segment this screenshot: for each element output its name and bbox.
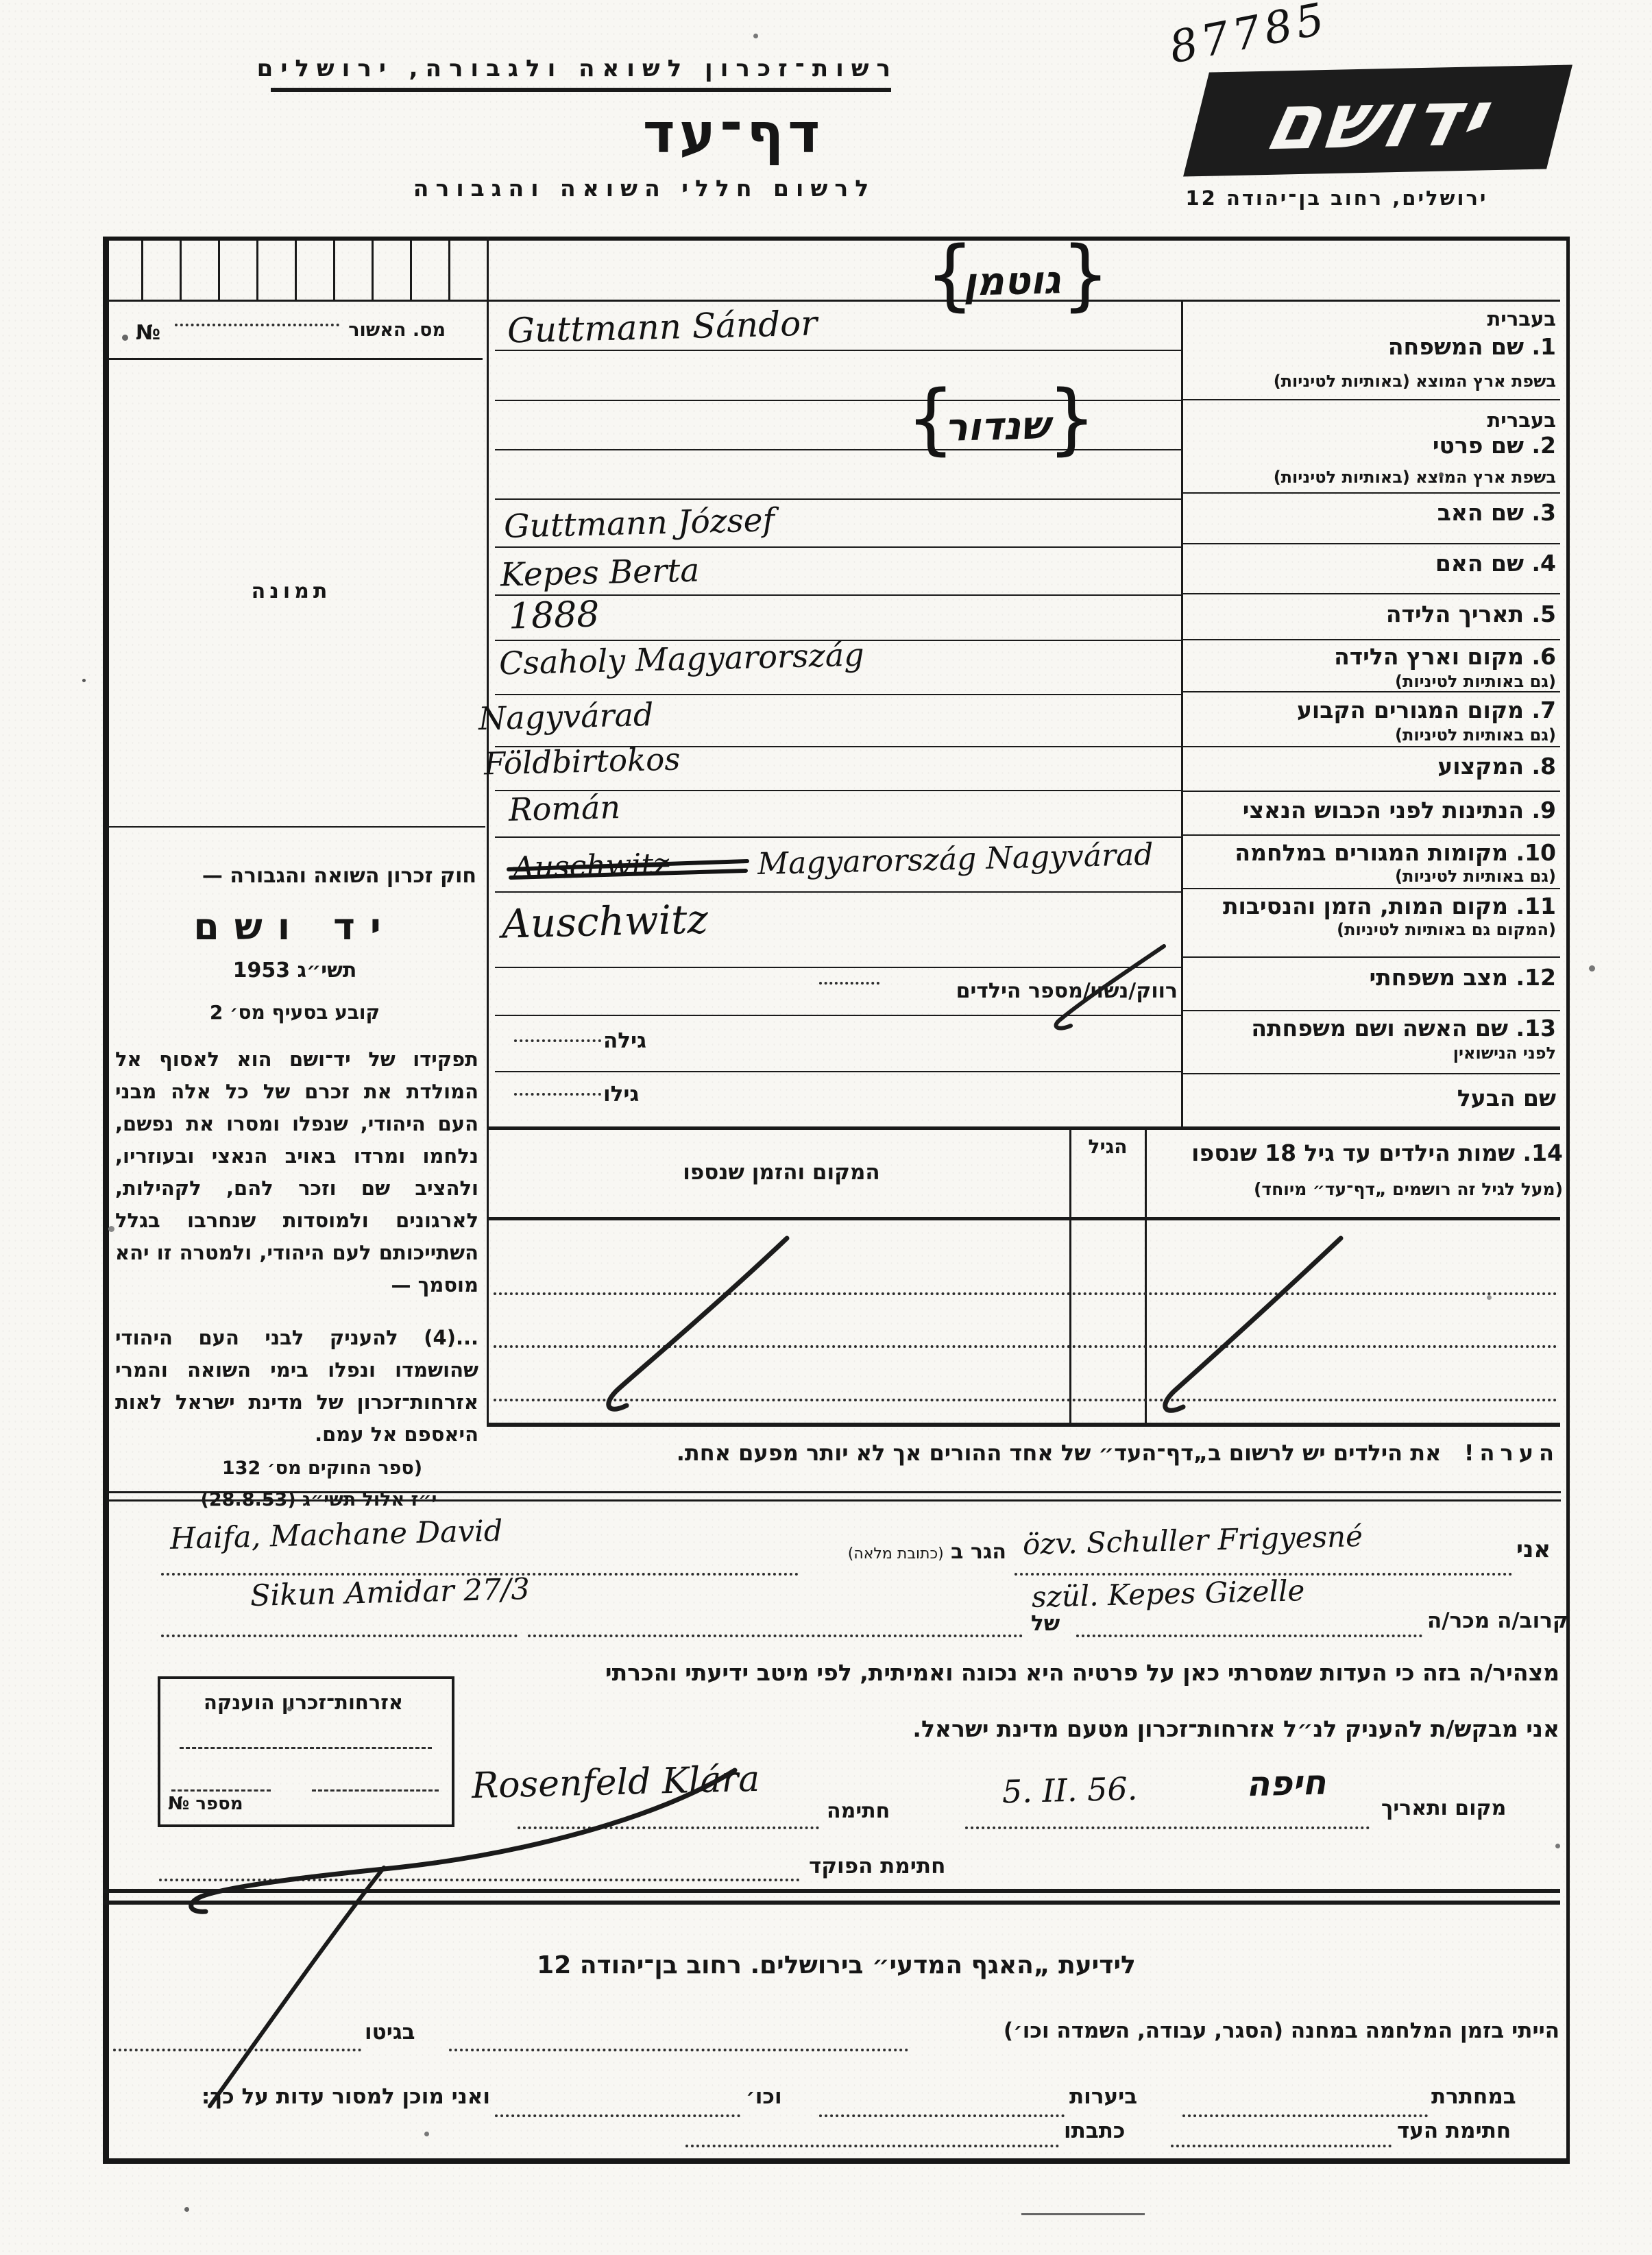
note-line: הערה! את הילדים יש לרשום ב„דף־העד״ של אח… — [322, 1440, 1559, 1466]
value-line — [495, 694, 1181, 695]
section-separator-top — [103, 1889, 1560, 1893]
ghetto-label: בגיטו — [365, 2020, 415, 2045]
tick-divider — [448, 241, 450, 300]
signature-label: חתימה — [827, 1799, 890, 1823]
address-2-handwritten: Sikun Amidar 27/3 — [250, 1572, 530, 1613]
law-name: יד ושם — [141, 905, 449, 948]
label-line — [1183, 639, 1560, 640]
tick-divider — [218, 241, 220, 300]
stamp-box-line-2a — [171, 1789, 271, 1792]
approval-underline — [108, 358, 483, 360]
bottom-line1-label: הייתי בזמן המלחמה במחנה (הסגר, עבודה, הש… — [913, 2018, 1559, 2043]
law-paragraph-1: תפקידו של יד־ושם הוא לאסוף אל המולדת את … — [115, 1044, 478, 1301]
field-3-label: 3. שם האב — [1188, 499, 1556, 526]
value-line — [495, 498, 1181, 500]
bottom-heading: לידיעת „האגף המדעי״ בירושלים. רחוב בן־יה… — [487, 1951, 1186, 1979]
page-title: דף־עד — [548, 101, 919, 165]
value-line — [495, 891, 1181, 893]
value-war-residence-struck: Auschwitz — [512, 847, 669, 886]
field-11-sub: (המקום גם באותיות לטיניות) — [1188, 920, 1556, 939]
witness-address-label: כתבתו — [1064, 2119, 1125, 2143]
field-1-pre: בעברית — [1188, 307, 1556, 330]
photo-bottom-line — [107, 826, 485, 828]
etc-dots — [495, 2114, 740, 2117]
field-9-label: 9. הנתינות לפני הכבוש הנאצי — [1188, 797, 1556, 823]
tick-divider — [256, 241, 258, 300]
residing-label: הגר ב (כתובת מלאה) — [801, 1540, 1006, 1564]
tick-divider — [372, 241, 374, 300]
approval-number-label: מס. האשור — [329, 319, 446, 341]
note-text: את הילדים יש לרשום ב„דף־העד״ של אחד ההור… — [677, 1440, 1442, 1466]
section-separator-bottom — [103, 1901, 1560, 1905]
label-line — [1183, 746, 1560, 747]
of-label: של — [1031, 1611, 1060, 1636]
scan-noise — [82, 679, 86, 682]
stamp-box-line-2b — [312, 1789, 439, 1792]
his-age-label: גילו — [603, 1082, 639, 1107]
field-6-label: 6. מקום וארץ הלידה — [1188, 643, 1556, 670]
label-line — [1183, 492, 1560, 494]
marital-dots — [819, 982, 879, 985]
field-2-pre: בעברית — [1188, 409, 1556, 432]
logo-address: ירושלים, רחוב בן־יהודה 12 — [1165, 186, 1508, 210]
approval-number-dots — [175, 324, 339, 326]
field-5-label: 5. תאריך הלידה — [1188, 601, 1556, 627]
stamp-box-line-1 — [180, 1747, 432, 1749]
ghetto-dots — [113, 2049, 361, 2051]
table-col-age: הגיל — [1071, 1135, 1145, 1158]
value-line — [495, 967, 1181, 968]
date-handwritten: 5. II. 56. — [1001, 1770, 1138, 1811]
field-1-label: 1. שם המשפחה — [1188, 333, 1556, 360]
law-heading: חוק זכרון השואה והגבורה — — [120, 864, 476, 888]
field-2-sub: בשפת ארץ המוצא (באותיות לטיניות) — [1188, 468, 1556, 487]
law-paragraph-2: ...(4) להעניק לבני העם היהודי שהושמדו ונ… — [115, 1322, 478, 1451]
left-column-divider — [487, 237, 489, 1423]
table-col-place: המקום והזמן שנספו — [617, 1160, 946, 1185]
page-subtitle: לרשום חללי השואה והגבורה — [411, 175, 877, 202]
stray-mark — [1021, 2213, 1145, 2215]
place-date-dots — [965, 1826, 1370, 1829]
table-header-bottom-line — [487, 1217, 1560, 1220]
yad-vashem-logo-text: ידושם — [1257, 74, 1498, 168]
her-age-label: גילה — [603, 1028, 646, 1053]
husband-name-label: שם הבעל — [1188, 1085, 1556, 1111]
value-family-name: Guttmann Sándor — [507, 303, 817, 350]
label-line — [1183, 691, 1560, 692]
field-7-label: 7. מקום המגורים הקבוע — [1188, 697, 1556, 723]
of-dots-2 — [161, 1635, 518, 1637]
residing-label-main: הגר ב — [951, 1540, 1006, 1564]
marital-status-line: רווק/נשוי/מספר הילדים — [881, 979, 1178, 1003]
label-line — [1183, 888, 1560, 889]
label-line — [1183, 1010, 1560, 1011]
separator-line-1 — [106, 1491, 1561, 1493]
label-line — [1183, 1073, 1560, 1074]
value-line — [495, 350, 1181, 351]
stamp-box-number-label: מספר № — [168, 1794, 243, 1814]
serial-number-handwritten: 87785 — [1165, 0, 1332, 74]
of-dots-1 — [528, 1635, 1023, 1637]
value-line — [495, 1071, 1181, 1072]
field-11-label: 11. מקום המות, הזמן והנסיבות — [1188, 893, 1556, 919]
testimony-page-scan: רשות־זכרון לשואה ולגבורה, ירושלים דף־עד … — [0, 0, 1652, 2255]
tick-divider — [180, 241, 182, 300]
approval-number-sign: № — [136, 321, 160, 345]
place-date-label: מקום ותאריך — [1381, 1796, 1506, 1820]
bottom-line1-dots — [449, 2049, 908, 2051]
table-top-line — [487, 1126, 1560, 1130]
table-row-dots — [494, 1292, 1557, 1295]
value-father-name: Guttmann József — [503, 501, 775, 546]
tick-divider — [410, 241, 412, 300]
witness-name-2-handwritten: szül. Kepes Gizelle — [1031, 1573, 1304, 1614]
ready-to-testify-label: ואני מוכן למסור עדות על כך: — [111, 2084, 490, 2109]
witness-signature-label: חתימת העד — [1397, 2119, 1511, 2143]
label-line — [1183, 543, 1560, 544]
forests-dots — [819, 2114, 1065, 2117]
tick-divider — [141, 241, 143, 300]
field-8-label: 8. המקצוע — [1188, 753, 1556, 780]
signature-handwritten: Rosenfeld Klára — [471, 1759, 760, 1807]
brace-close-icon: } — [1061, 230, 1110, 319]
field-7-sub: (גם באותיות לטיניות) — [1188, 725, 1556, 745]
org-underline — [271, 88, 891, 92]
field-10-label: 10. מקומות המגורים במלחמה — [1188, 839, 1556, 866]
her-age-dots — [514, 1039, 601, 1042]
etc-label: וכו׳ — [746, 2084, 782, 2109]
place-handwritten: חיפה — [1246, 1763, 1326, 1805]
table-divider-age-right — [1145, 1126, 1147, 1423]
his-age-dots — [514, 1093, 601, 1096]
label-line — [1183, 791, 1560, 792]
forests-label: ביערות — [1069, 2084, 1137, 2109]
law-year: תשי״ג 1953 — [144, 958, 446, 982]
residing-label-sub: (כתובת מלאה) — [848, 1545, 944, 1563]
official-signature-label: חתימת הפוקד — [809, 1854, 945, 1879]
witness-signature-dots — [1171, 2145, 1392, 2147]
law-clause: קובע בסעיף מס׳ 2 — [144, 1001, 446, 1024]
value-profession: Földbirtokos — [483, 741, 681, 782]
tick-divider — [333, 241, 335, 300]
note-label: הערה! — [1464, 1440, 1559, 1466]
tick-divider — [295, 241, 297, 300]
label-column-divider — [1181, 300, 1183, 1126]
table-col-children-names: 14. שמות הילדים עד גיל 18 שנספו — [1158, 1139, 1563, 1166]
label-line — [1183, 834, 1560, 836]
value-family-name-hebrew: גוטמן — [962, 258, 1061, 304]
label-line — [1183, 593, 1560, 594]
table-row-dots — [494, 1399, 1557, 1401]
official-signature-dots — [159, 1879, 800, 1881]
declaration-line: מצהיר/ה בזה כי העדות שמסרתי כאן על פרטיה… — [367, 1659, 1559, 1686]
value-line — [495, 836, 1181, 838]
testimony-i-label: אני — [1516, 1536, 1551, 1563]
field-13-sub: לפני הנישואין — [1188, 1044, 1556, 1063]
value-death-place: Auschwitz — [501, 895, 708, 947]
field-10-sub: (גם באותיות לטיניות) — [1188, 867, 1556, 886]
request-line: אני מבקש/ת להעניק לנ״ל אזרחות־זכרון מטעם… — [775, 1715, 1559, 1742]
value-birth-date: 1888 — [508, 594, 600, 637]
brace-close-icon: } — [1047, 374, 1096, 463]
tick-strip-bottom-line — [107, 300, 1560, 302]
field-6-sub: (גם באותיות לטיניות) — [1188, 672, 1556, 691]
table-col-children-names-sub: (מעל לגיל זה רושמים „דף־עד״ מיוחד) — [1158, 1179, 1563, 1199]
org-line: רשות־זכרון לשואה ולגבורה, ירושלים — [260, 55, 898, 82]
field-2-label: 2. שם פרטי — [1188, 432, 1556, 459]
relation-label: קרוב/ה מכר/ה — [1427, 1608, 1568, 1633]
label-line — [1183, 956, 1560, 958]
field-12-label: 12. מצב משפחתי — [1188, 964, 1556, 991]
table-bottom-line — [487, 1423, 1560, 1427]
field-4-label: 4. שם האם — [1188, 550, 1556, 577]
separator-line-2 — [106, 1499, 1561, 1502]
value-line — [495, 1015, 1181, 1016]
yad-vashem-logo: ידושם — [1183, 64, 1572, 176]
signature-dots — [518, 1826, 819, 1829]
value-line — [495, 546, 1181, 548]
relation-dots — [1076, 1635, 1422, 1637]
value-citizenship: Román — [508, 788, 620, 828]
value-residence: Nagyvárad — [478, 696, 654, 737]
table-row-dots — [494, 1345, 1557, 1348]
value-mother-name: Kepes Berta — [500, 551, 700, 594]
label-line — [1183, 399, 1560, 400]
underground-dots — [1182, 2114, 1428, 2117]
table-divider-age-left — [1069, 1126, 1071, 1423]
value-first-name-hebrew: שנדור — [944, 403, 1050, 450]
field-1-sub: בשפת ארץ המוצא (באותיות לטיניות) — [1188, 372, 1556, 391]
underground-label: במחתרת — [1431, 2084, 1516, 2109]
photo-placeholder-label: תמונה — [206, 579, 377, 603]
stamp-box-title: אזרחות־זכרון הוענקה — [165, 1691, 442, 1714]
witness-address-dots — [685, 2145, 1059, 2147]
field-13-label: 13. שם האשה ושם משפחתה — [1188, 1015, 1556, 1041]
